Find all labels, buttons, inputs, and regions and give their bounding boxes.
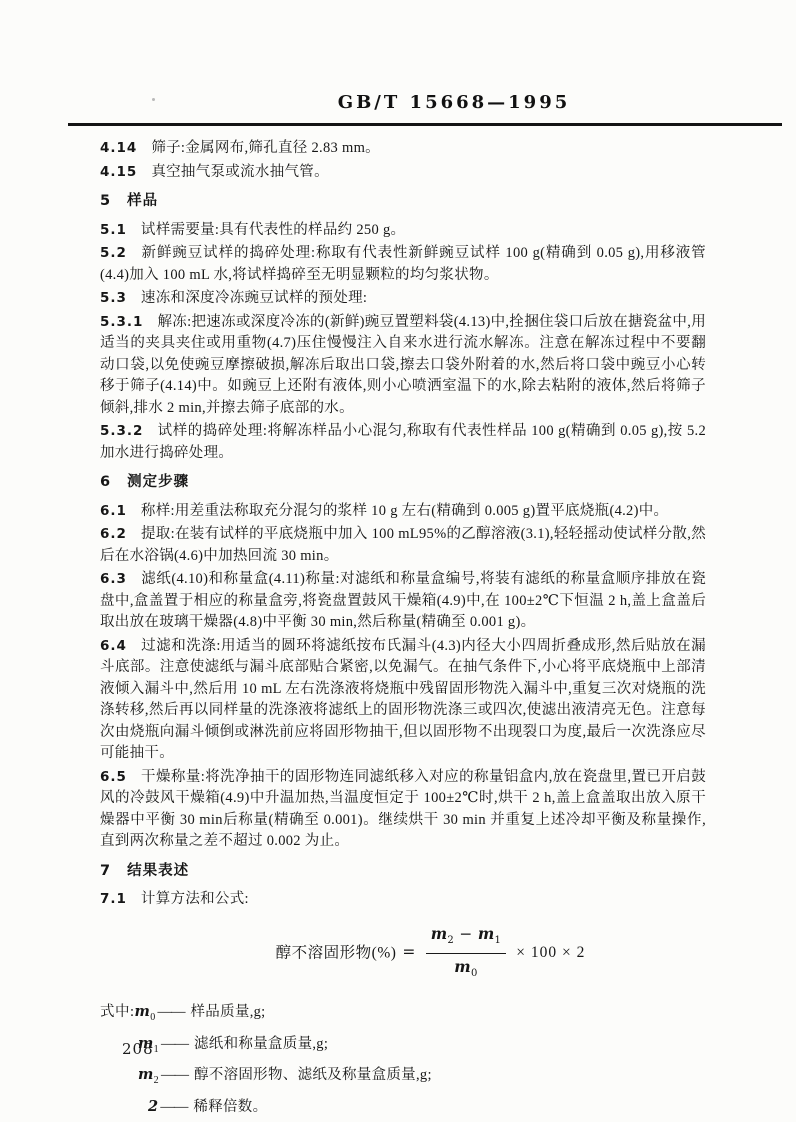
legend-dash: —— [160,1099,187,1115]
formula-numerator: m2 − m1 [426,923,507,955]
clause: 6.5干燥称量:将洗净抽干的固形物连同滤纸移入对应的称量铝盒内,放在瓷盘里,置已… [100,767,706,853]
section-heading: 6测定步骤 [100,472,706,494]
clause-number: 4.15 [100,164,137,180]
document-body: 4.14筛子:金属网布,筛孔直径 2.83 mm。4.15真空抽气泵或流水抽气管… [100,138,706,1122]
header-rule [68,123,782,126]
clause: 7.1计算方法和公式: [100,889,706,911]
section-heading: 7结果表述 [100,861,706,883]
page-number: 208 [122,1040,154,1058]
clause-number: 5.2 [100,245,127,261]
legend-description: 滤纸和称量盒质量,g; [194,1036,328,1052]
clause: 6.2提取:在装有试样的平底烧瓶中加入 100 mL95%的乙醇溶液(3.1),… [100,524,706,567]
legend-symbol: m [135,1003,151,1020]
clause-number: 6.1 [100,503,127,519]
clause-number: 6.3 [100,571,127,587]
legend-item: m2——醇不溶固形物、滤纸及称量盒质量,g; [100,1064,706,1092]
clause: 4.14筛子:金属网布,筛孔直径 2.83 mm。 [100,138,706,160]
clause-number: 6.4 [100,638,127,654]
clause-number: 5 [100,193,111,209]
clause-number: 5.3.2 [100,423,143,439]
clause-text: 滤纸(4.10)和称量盒(4.11)称量:对滤纸和称量盒编号,将装有滤纸的称量盒… [100,571,706,630]
clause-text: 结果表述 [127,863,189,879]
numerator-sub-1: 2 [447,935,454,946]
clause: 5.3速冻和深度冷冻豌豆试样的预处理: [100,288,706,310]
clause-text: 干燥称量:将洗净抽干的固形物连同滤纸移入对应的称量铝盒内,放在瓷盘里,置已开启鼓… [100,769,706,850]
symbol-legend: 式中:m0——样品质量,g;m1——滤纸和称量盒质量,g;m2——醇不溶固形物、… [100,1001,706,1122]
legend-dash: —— [161,1036,188,1052]
legend-item: 式中:m0——样品质量,g; [100,1001,706,1029]
formula-equals-sign: = [402,943,415,961]
numerator-var-1: m [431,924,448,943]
clause: 5.1试样需要量:具有代表性的样品约 250 g。 [100,220,706,242]
clause-text: 提取:在装有试样的平底烧瓶中加入 100 mL95%的乙醇溶液(3.1),轻轻摇… [100,526,706,564]
denominator-sub: 0 [471,968,478,979]
clause: 6.1称样:用差重法称取充分混匀的浆样 10 g 左右(精确到 0.005 g)… [100,501,706,523]
formula-denominator: m0 [454,954,477,985]
clause: 5.2新鲜豌豆试样的捣碎处理:称取有代表性新鲜豌豆试样 100 g(精确到 0.… [100,243,706,286]
clause: 6.3滤纸(4.10)和称量盒(4.11)称量:对滤纸和称量盒编号,将装有滤纸的… [100,569,706,634]
legend-description: 稀释倍数。 [193,1099,267,1115]
clause: 5.3.2试样的捣碎处理:将解冻样品小心混匀,称取有代表性样品 100 g(精确… [100,421,706,464]
legend-symbol-sub: 0 [150,1012,155,1023]
legend-symbol-sub: 1 [154,1043,159,1054]
clause-number: 6.2 [100,526,127,542]
clause-text: 过滤和洗涤:用适当的圆环将滤纸按布氏漏斗(4.3)内径大小四周折叠成形,然后贴放… [100,638,706,762]
legend-symbol-sub: 2 [154,1075,159,1086]
clause: 4.15真空抽气泵或流水抽气管。 [100,162,706,184]
clause-number: 5.3.1 [100,314,143,330]
clause-number: 6.5 [100,769,127,785]
legend-description: 醇不溶固形物、滤纸及称量盒质量,g; [194,1067,432,1083]
formula-lhs: 醇不溶固形物(%) [276,944,397,961]
legend-item: m1——滤纸和称量盒质量,g; [100,1033,706,1061]
legend-label: 式中: [100,1004,135,1020]
standard-number-header: GB/T 15668—1995 [0,92,796,113]
clause: 6.4过滤和洗涤:用适当的圆环将滤纸按布氏漏斗(4.3)内径大小四周折叠成形,然… [100,636,706,765]
clause-text: 计算方法和公式: [141,891,249,907]
clause-number: 5.3 [100,290,127,306]
denominator-var: m [454,957,471,976]
clause-number: 6 [100,474,111,490]
clause-number: 4.14 [100,140,137,156]
clause-text: 样品 [127,193,158,209]
formula-fraction: m2 − m1m0 [426,923,507,985]
clause-list: 4.14筛子:金属网布,筛孔直径 2.83 mm。4.15真空抽气泵或流水抽气管… [100,138,706,911]
clause-text: 解冻:把速冻或深度冷冻的(新鲜)豌豆置塑料袋(4.13)中,拴捆住袋口后放在搪瓷… [100,314,706,416]
section-heading: 5样品 [100,191,706,213]
clause-text: 试样的捣碎处理:将解冻样品小心混匀,称取有代表性样品 100 g(精确到 0.0… [100,423,706,461]
legend-item: 2——稀释倍数。 [100,1096,706,1122]
clause-text: 试样需要量:具有代表性的样品约 250 g。 [141,222,405,238]
minus-sign: − [459,925,472,943]
numerator-sub-2: 1 [495,935,502,946]
clause-text: 称样:用差重法称取充分混匀的浆样 10 g 左右(精确到 0.005 g)置平底… [141,503,668,519]
clause-number: 7 [100,863,111,879]
clause-text: 筛子:金属网布,筛孔直径 2.83 mm。 [151,140,380,156]
clause: 5.3.1解冻:把速冻或深度冷冻的(新鲜)豌豆置塑料袋(4.13)中,拴捆住袋口… [100,312,706,420]
clause-number: 7.1 [100,891,127,907]
legend-dash: —— [161,1067,188,1083]
clause-text: 新鲜豌豆试样的捣碎处理:称取有代表性新鲜豌豆试样 100 g(精确到 0.05 … [100,245,706,283]
legend-symbol: m [138,1066,154,1083]
legend-dash: —— [158,1004,185,1020]
legend-description: 样品质量,g; [191,1004,266,1020]
formula: 醇不溶固形物(%)=m2 − m1m0× 100 × 2 [100,923,706,985]
clause-number: 5.1 [100,222,127,238]
scan-artifact-dot [152,98,155,101]
legend-symbol: 2 [148,1098,158,1115]
clause-text: 真空抽气泵或流水抽气管。 [151,164,329,180]
numerator-var-2: m [478,924,495,943]
clause-text: 测定步骤 [127,474,189,490]
clause-text: 速冻和深度冷冻豌豆试样的预处理: [141,290,367,306]
formula-tail: × 100 × 2 [516,944,585,961]
